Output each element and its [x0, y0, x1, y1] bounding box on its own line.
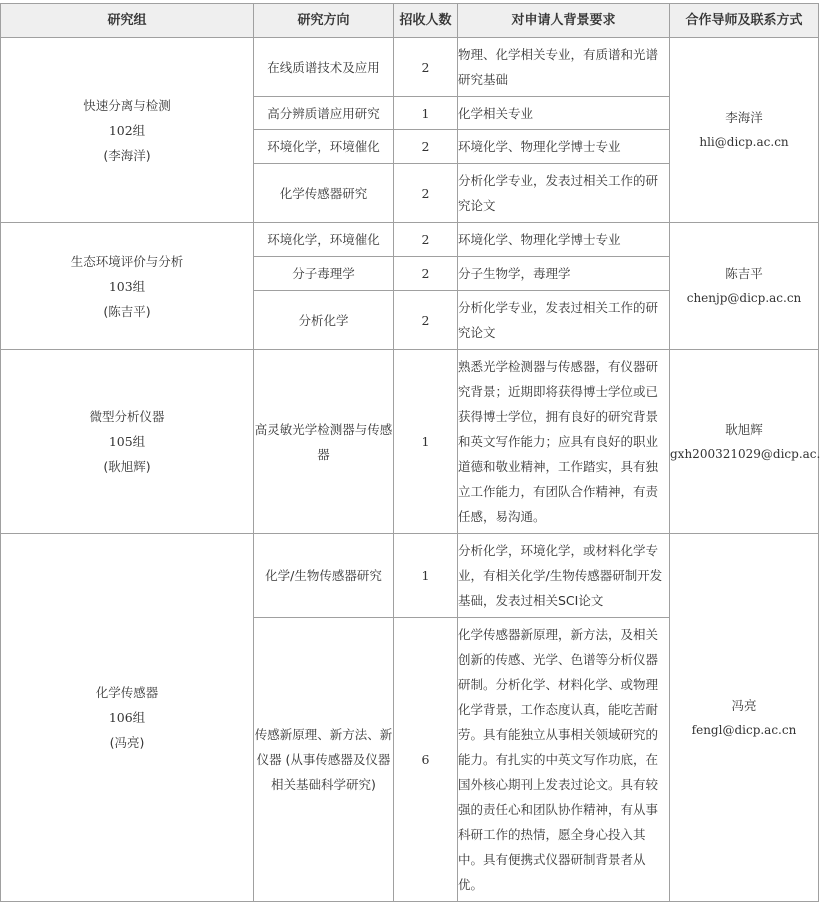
requirement: 化学相关专业 [458, 97, 670, 130]
requirement: 分析化学专业，发表过相关工作的研究论文 [458, 164, 670, 223]
header-research-group: 研究组 [1, 4, 254, 38]
group-name: 化学传感器 [1, 680, 253, 705]
table-row: 生态环境评价与分析 103组 (陈吉平) 环境化学，环境催化 2 环境化学、物理… [1, 223, 819, 257]
contact-email[interactable]: chenjp@dicp.ac.cn [670, 286, 818, 311]
recruit-count: 2 [394, 257, 458, 291]
contact-email[interactable]: fengl@dicp.ac.cn [670, 718, 818, 743]
group-cell-106: 化学传感器 106组 (冯亮) [1, 534, 254, 902]
research-direction: 传感新原理、新方法、新仪器 (从事传感器及仪器相关基础科学研究) [254, 618, 394, 902]
group-leader: (李海洋) [1, 143, 253, 168]
research-direction: 在线质谱技术及应用 [254, 38, 394, 97]
group-cell-105: 微型分析仪器 105组 (耿旭辉) [1, 350, 254, 534]
contact-name: 冯亮 [670, 693, 818, 718]
recruit-count: 1 [394, 350, 458, 534]
contact-cell-106: 冯亮 fengl@dicp.ac.cn [670, 534, 819, 902]
contact-name: 耿旭辉 [670, 417, 818, 442]
table-header-row: 研究组 研究方向 招收人数 对申请人背景要求 合作导师及联系方式 [1, 4, 819, 38]
research-direction: 化学/生物传感器研究 [254, 534, 394, 618]
group-leader: (陈吉平) [1, 299, 253, 324]
group-leader: (冯亮) [1, 730, 253, 755]
requirement: 环境化学、物理化学博士专业 [458, 223, 670, 257]
recruit-count: 2 [394, 130, 458, 164]
requirement: 物理、化学相关专业，有质谱和光谱研究基础 [458, 38, 670, 97]
group-leader: (耿旭辉) [1, 454, 253, 479]
requirement: 分析化学专业，发表过相关工作的研究论文 [458, 291, 670, 350]
recruit-count: 1 [394, 97, 458, 130]
recruit-count: 2 [394, 291, 458, 350]
table-row: 微型分析仪器 105组 (耿旭辉) 高灵敏光学检测器与传感器 1 熟悉光学检测器… [1, 350, 819, 534]
research-direction: 分子毒理学 [254, 257, 394, 291]
recruit-count: 2 [394, 223, 458, 257]
recruit-count: 1 [394, 534, 458, 618]
requirement: 分析化学，环境化学，或材料化学专业，有相关化学/生物传感器研制开发基础，发表过相… [458, 534, 670, 618]
table-row: 快速分离与检测 102组 (李海洋) 在线质谱技术及应用 2 物理、化学相关专业… [1, 38, 819, 97]
table-row: 化学传感器 106组 (冯亮) 化学/生物传感器研究 1 分析化学，环境化学，或… [1, 534, 819, 618]
header-supervisor-contact: 合作导师及联系方式 [670, 4, 819, 38]
research-direction: 化学传感器研究 [254, 164, 394, 223]
contact-cell-105: 耿旭辉 gxh200321029@dicp.ac.cn [670, 350, 819, 534]
research-direction: 环境化学，环境催化 [254, 223, 394, 257]
recruitment-table: 研究组 研究方向 招收人数 对申请人背景要求 合作导师及联系方式 快速分离与检测… [0, 3, 819, 902]
research-direction: 环境化学，环境催化 [254, 130, 394, 164]
group-code: 102组 [1, 118, 253, 143]
group-code: 103组 [1, 274, 253, 299]
contact-name: 李海洋 [670, 105, 818, 130]
group-code: 106组 [1, 705, 253, 730]
header-applicant-requirements: 对申请人背景要求 [458, 4, 670, 38]
research-direction: 高灵敏光学检测器与传感器 [254, 350, 394, 534]
group-name: 微型分析仪器 [1, 404, 253, 429]
recruit-count: 2 [394, 164, 458, 223]
group-name: 快速分离与检测 [1, 93, 253, 118]
requirement: 熟悉光学检测器与传感器，有仪器研究背景；近期即将获得博士学位或已获得博士学位，拥… [458, 350, 670, 534]
recruit-count: 2 [394, 38, 458, 97]
contact-name: 陈吉平 [670, 261, 818, 286]
header-recruit-count: 招收人数 [394, 4, 458, 38]
group-cell-102: 快速分离与检测 102组 (李海洋) [1, 38, 254, 223]
contact-cell-102: 李海洋 hli@dicp.ac.cn [670, 38, 819, 223]
header-research-direction: 研究方向 [254, 4, 394, 38]
research-direction: 高分辨质谱应用研究 [254, 97, 394, 130]
group-code: 105组 [1, 429, 253, 454]
group-cell-103: 生态环境评价与分析 103组 (陈吉平) [1, 223, 254, 350]
group-name: 生态环境评价与分析 [1, 249, 253, 274]
research-direction: 分析化学 [254, 291, 394, 350]
contact-email[interactable]: gxh200321029@dicp.ac.cn [670, 442, 818, 467]
recruit-count: 6 [394, 618, 458, 902]
requirement: 环境化学、物理化学博士专业 [458, 130, 670, 164]
contact-email[interactable]: hli@dicp.ac.cn [670, 130, 818, 155]
contact-cell-103: 陈吉平 chenjp@dicp.ac.cn [670, 223, 819, 350]
requirement: 化学传感器新原理，新方法，及相关创新的传感、光学、色谱等分析仪器研制。分析化学、… [458, 618, 670, 902]
requirement: 分子生物学，毒理学 [458, 257, 670, 291]
